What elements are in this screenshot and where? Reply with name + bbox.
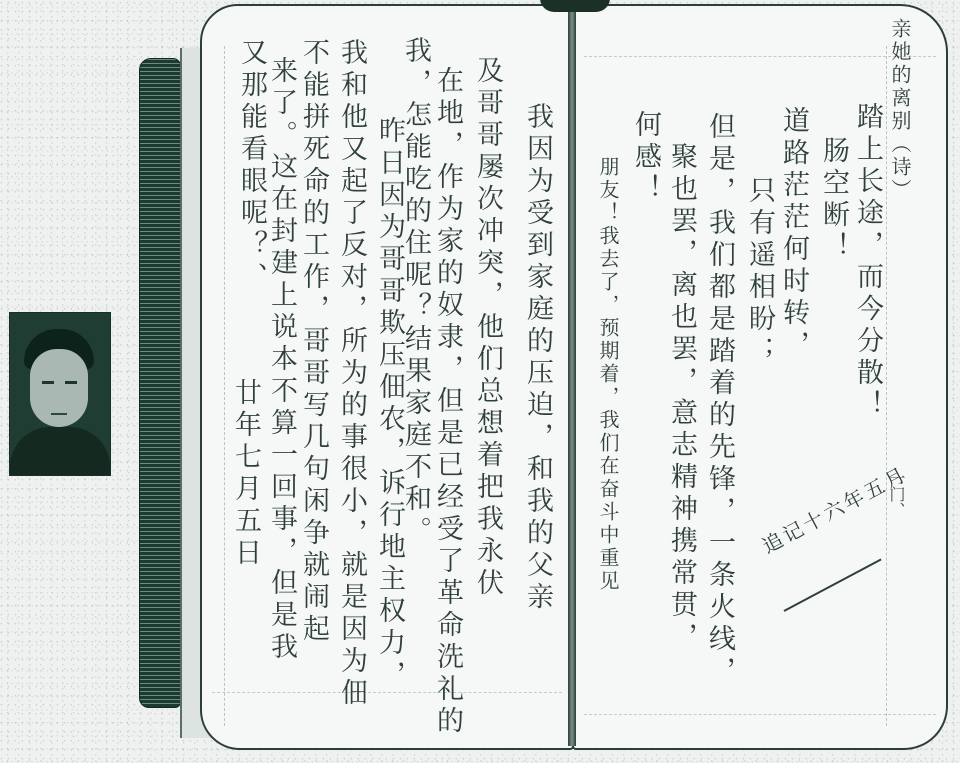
left-text-column-1: 我因为受到家庭的压迫，和我的父亲 bbox=[524, 102, 551, 614]
left-text-column-2: 及哥哥屡次冲突，他们总想着把我永伏 bbox=[474, 56, 501, 600]
left-text-column-4: 我，怎能吃的住呢？结果家庭不和。 bbox=[402, 36, 429, 548]
portrait-eye-left bbox=[42, 381, 54, 384]
page-margin-rule bbox=[224, 46, 225, 726]
right-page: 亲她的离别（诗） 踏上长途，而今分散！ 肠空断！ 道路茫茫何时转， 只有遥相盼；… bbox=[572, 4, 948, 750]
portrait-eye-right bbox=[65, 381, 77, 384]
portrait-collar bbox=[10, 427, 110, 475]
left-text-column-5: 昨日因为哥哥欺压佃农，诉行地主权力， bbox=[376, 116, 403, 692]
left-text-column-7: 不能拼死命的工作，哥哥写几句闲争就闹起 bbox=[300, 38, 327, 646]
gutter-top-shadow bbox=[540, 0, 610, 12]
poem-line-4: 只有遥相盼； bbox=[746, 176, 773, 368]
poem-line-6: 聚也罢，离也罢，意志精神携常贯， bbox=[668, 142, 695, 654]
left-page: 我因为受到家庭的压迫，和我的父亲 及哥哥屡次冲突，他们总想着把我永伏 在地，作为… bbox=[200, 4, 574, 750]
poem-line-2: 肠空断！ bbox=[820, 136, 847, 264]
diary-date: 廿年七月五日 bbox=[232, 378, 259, 570]
page-top-rule bbox=[584, 56, 936, 57]
poem-line-5: 但是，我们都是踏着的先锋，一条火线， bbox=[706, 112, 733, 688]
poem-title: 亲她的离别（诗） bbox=[890, 18, 910, 202]
page-margin-rule bbox=[886, 46, 887, 726]
open-notebook: 我因为受到家庭的压迫，和我的父亲 及哥哥屡次冲突，他们总想着把我永伏 在地，作为… bbox=[200, 4, 952, 752]
portrait-mouth bbox=[51, 413, 67, 415]
page-bottom-rule bbox=[584, 714, 936, 715]
poem-line-1: 踏上长途，而今分散！ bbox=[854, 102, 881, 422]
poem-line-7: 何感！ bbox=[632, 110, 659, 206]
book-spine bbox=[139, 58, 181, 708]
left-text-column-6: 我和他又起了反对，所为的事很小，就是因为佃 bbox=[338, 38, 365, 710]
portrait-face bbox=[30, 349, 88, 427]
portrait-photo bbox=[9, 312, 111, 476]
book-gutter bbox=[568, 4, 576, 746]
left-text-column-8: 来了。这在封建上说本不算一回事，但是我 bbox=[268, 56, 295, 664]
poem-line-8: 朋友！我去了，预期着，我们在奋斗中重见 bbox=[598, 156, 618, 593]
poem-line-3: 道路茫茫何时转， bbox=[780, 106, 807, 362]
left-text-column-3: 在地，作为家的奴隶，但是已经受了革命洗礼的 bbox=[434, 66, 461, 738]
left-text-column-9: 又那能看眼呢？、 bbox=[238, 38, 265, 294]
page-bottom-rule bbox=[212, 692, 562, 693]
